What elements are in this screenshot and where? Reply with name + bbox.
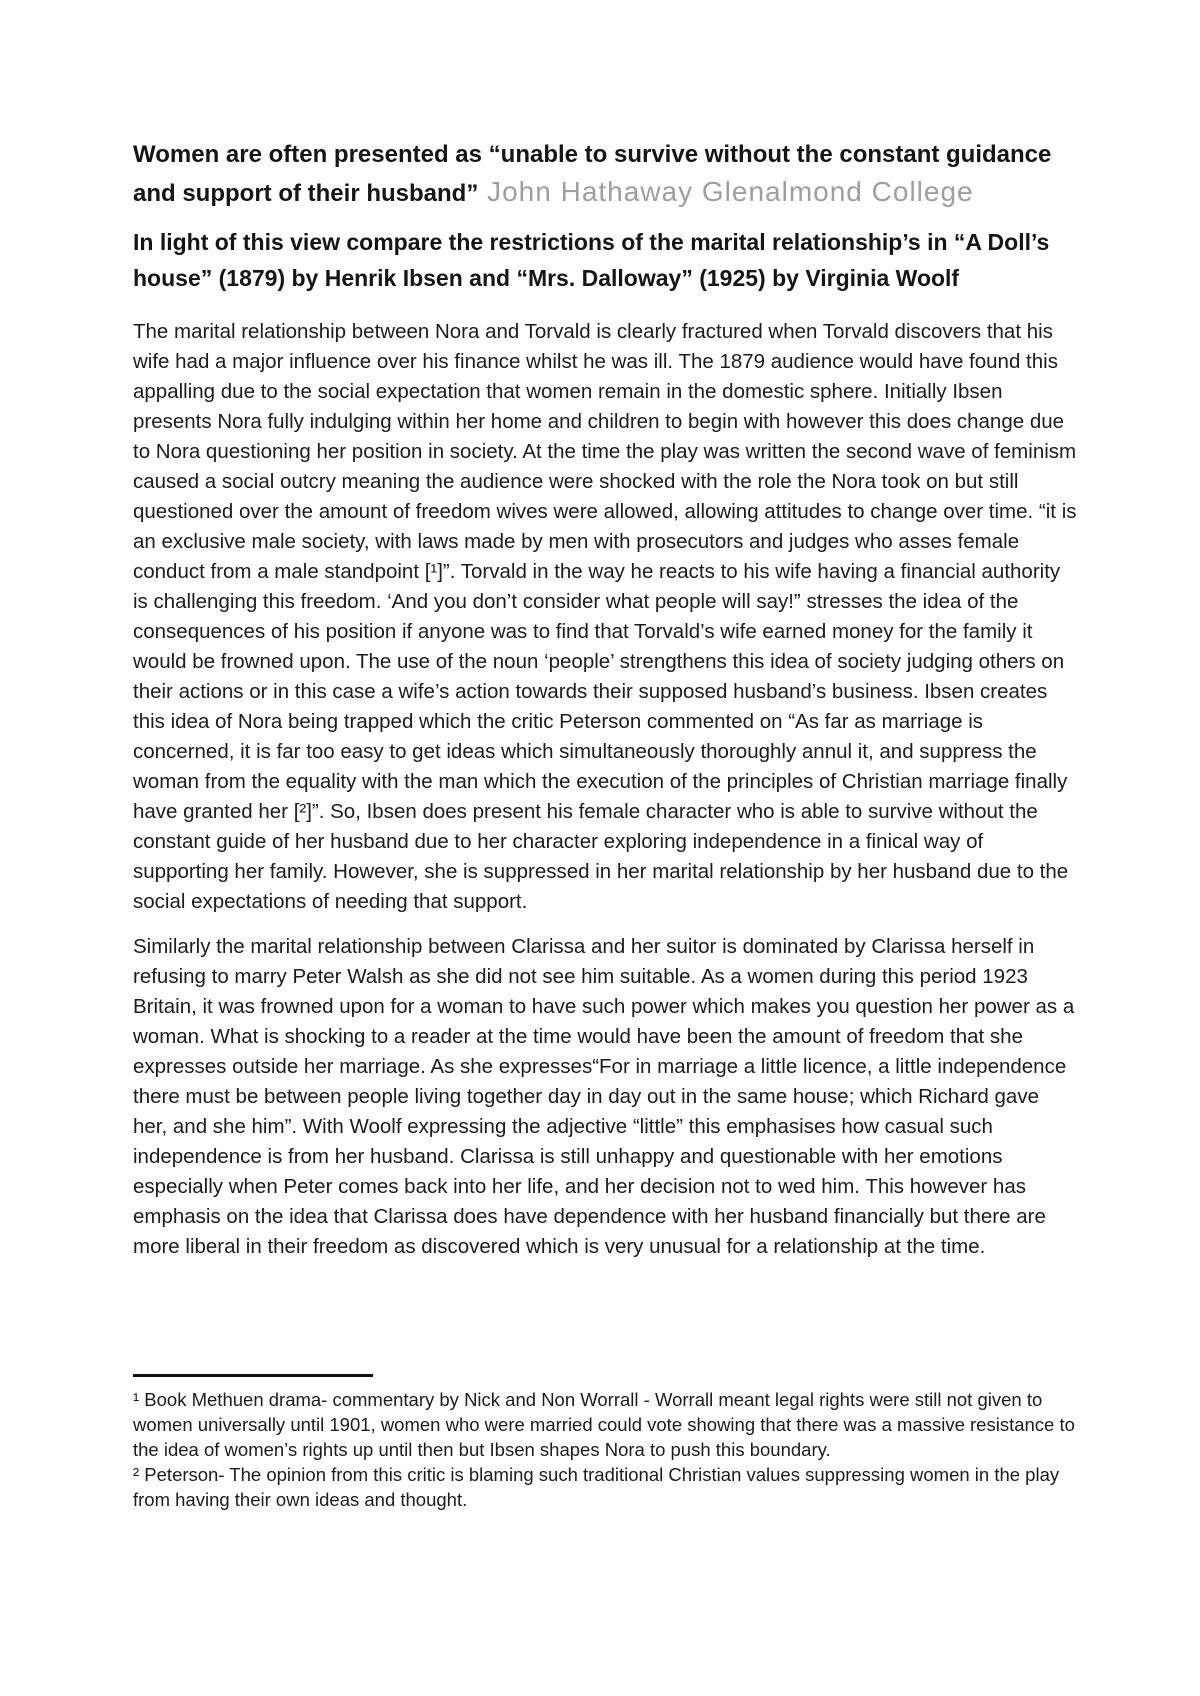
footnote-1: ¹ Book Methuen drama- commentary by Nick… [133,1387,1078,1462]
document-content: Women are often presented as “unable to … [133,136,1078,1512]
essay-question-subtitle: In light of this view compare the restri… [133,224,1078,296]
footnote-separator-rule [133,1374,373,1377]
footnote-2: ² Peterson- The opinion from this critic… [133,1462,1078,1512]
essay-paragraph-1: The marital relationship between Nora an… [133,317,1078,917]
essay-paragraph-2: Similarly the marital relationship betwe… [133,932,1078,1262]
essay-author: John Hathaway Glenalmond College [478,176,973,207]
essay-title: Women are often presented as “unable to … [133,136,1078,212]
document-page: Women are often presented as “unable to … [0,0,1200,1696]
